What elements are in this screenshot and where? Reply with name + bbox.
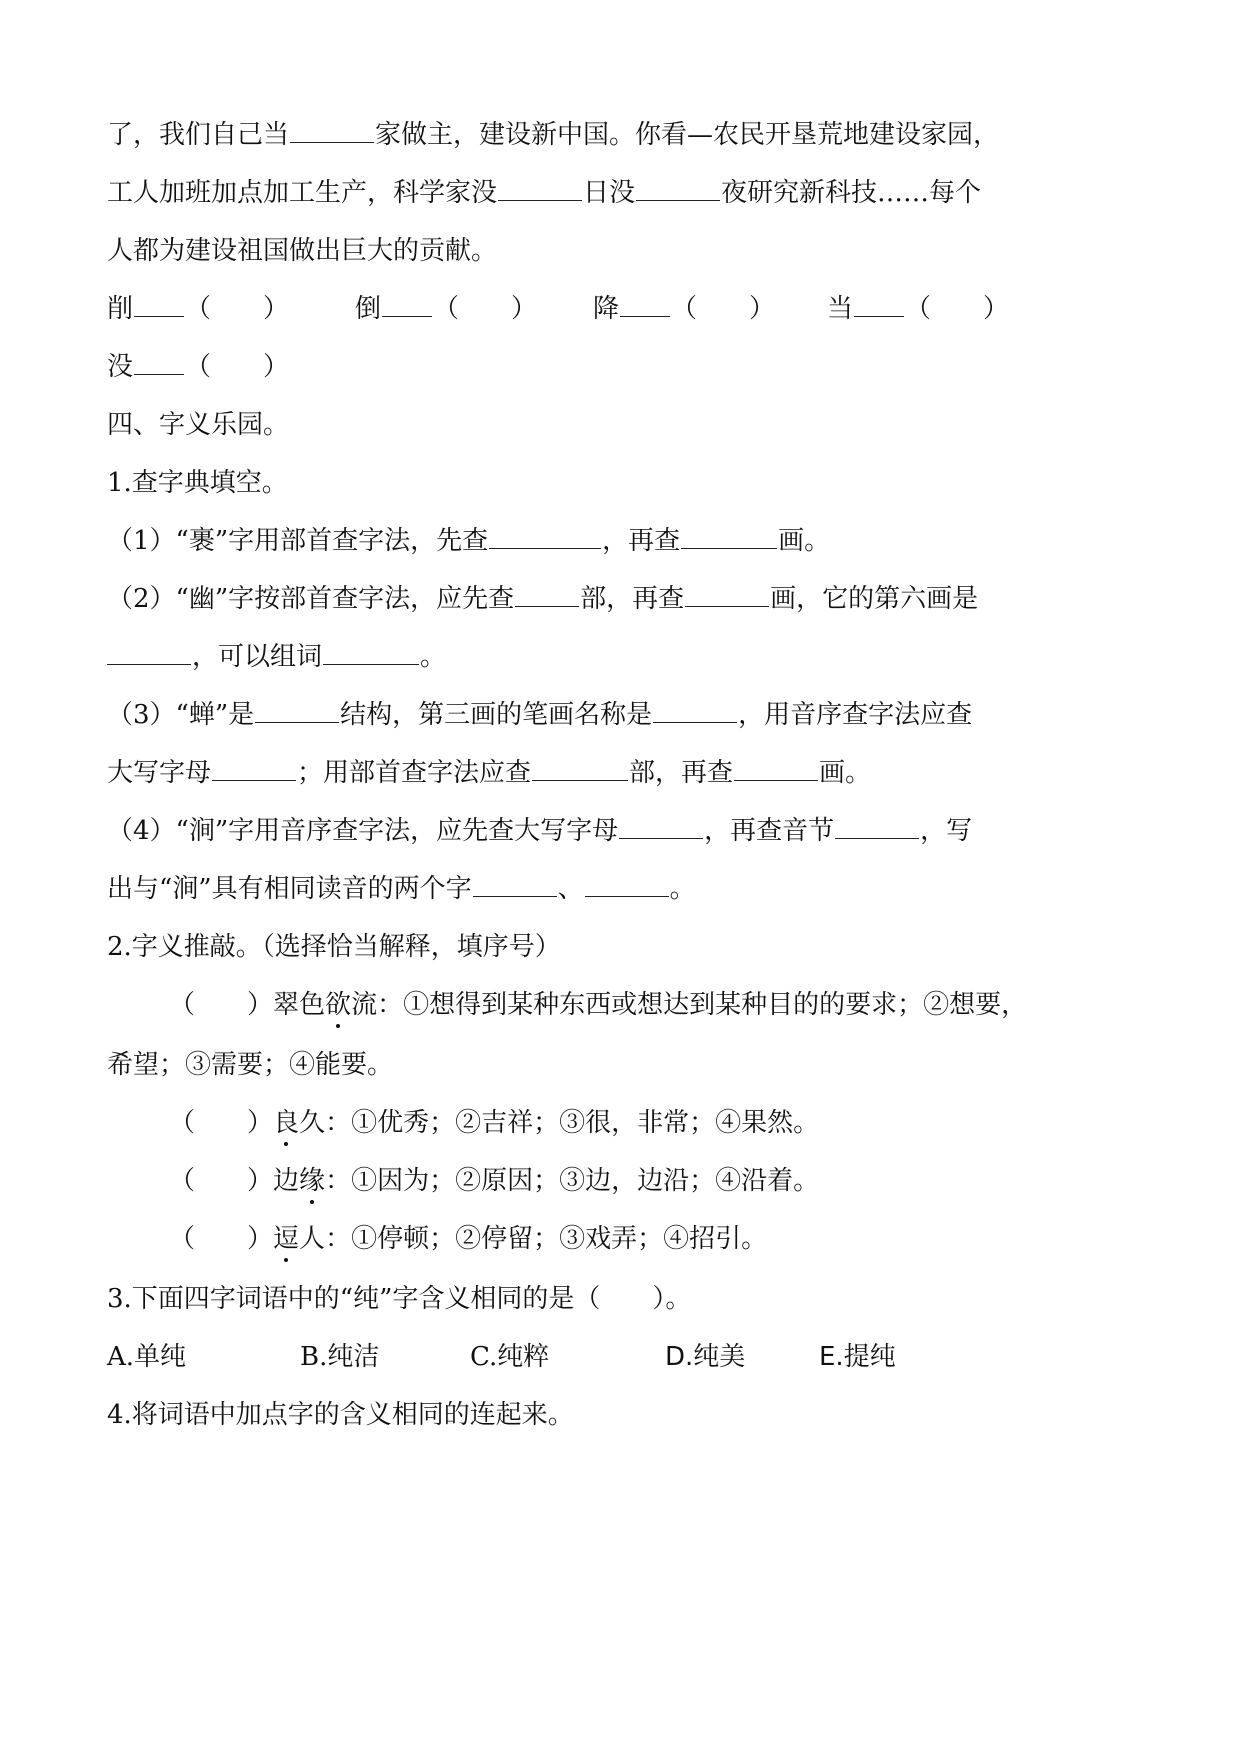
polyphone-char: 降 — [593, 294, 619, 324]
question-title: 3.下面四字词语中的“纯”字含义相同的是（ — [107, 1284, 600, 1314]
option-e[interactable]: E.提纯 — [819, 1340, 896, 1374]
paren-open: （ — [185, 352, 211, 382]
answer-blank[interactable] — [734, 756, 818, 781]
word-text: 人 — [299, 1224, 325, 1254]
text: 结构，第三画的笔画名称是 — [340, 700, 652, 730]
question-4-title: 4.将词语中加点字的含义相同的连起来。 — [107, 1398, 574, 1432]
text: 人都为建设祖国做出巨大的贡献。 — [107, 236, 497, 266]
paren-open: （ — [169, 1224, 195, 1254]
emphasized-char: 良 — [273, 1106, 299, 1140]
option-d[interactable]: D.纯美 — [665, 1340, 745, 1374]
word-text: 流 — [351, 990, 377, 1020]
section-title: 四、字义乐园。 — [107, 410, 289, 440]
polyphone-item: 当（） — [827, 292, 1009, 326]
paragraph-line-2: 工人加班加点加工生产，科学家没日没夜研究新科技……每个 — [107, 176, 981, 210]
paren-open: （ — [169, 1108, 195, 1138]
answer-blank[interactable] — [134, 350, 184, 375]
text: 出与“涧”具有相同读音的两个字 — [107, 874, 472, 904]
definitions-text: ：①想得到某种东西或想达到某种目的的要求；②想要， — [377, 990, 1027, 1020]
polyphone-item: 削（） — [107, 292, 289, 326]
polyphone-char: 削 — [107, 294, 133, 324]
option-letter: A. — [107, 1342, 134, 1372]
paren-open: （ — [169, 990, 195, 1020]
paren-close: ） — [247, 990, 273, 1020]
text: 。 — [420, 642, 446, 672]
option-word: 纯洁 — [327, 1342, 379, 1372]
text: 日没 — [583, 178, 635, 208]
question-title: 2.字义推敲。（选择恰当解释，填序号） — [107, 932, 561, 962]
text: ；用部首查字法应查 — [297, 758, 531, 788]
question-1-sub-2: （2）“幽”字按部首查字法，应先查部，再查画，它的第六画是 — [107, 582, 978, 616]
answer-blank[interactable] — [636, 176, 720, 201]
answer-blank[interactable] — [835, 814, 919, 839]
option-b[interactable]: B.纯洁 — [300, 1340, 379, 1374]
text: （1）“裹”字用部首查字法，先查 — [107, 526, 488, 556]
answer-blank[interactable] — [532, 756, 628, 781]
text: ，用音序查字法应查 — [738, 700, 972, 730]
option-letter: E. — [819, 1342, 844, 1372]
text: ，再查音节 — [704, 816, 834, 846]
text: 画。 — [778, 526, 830, 556]
option-letter: D. — [665, 1342, 693, 1372]
paren-close: ） — [247, 1166, 273, 1196]
paren-close: ） — [983, 294, 1009, 324]
paren-open: （ — [169, 1166, 195, 1196]
option-word: 纯美 — [693, 1342, 745, 1372]
question-1-title: 1.查字典填空。 — [107, 466, 288, 500]
text: 家做主，建设新中国。你看—农民开垦荒地建设家园， — [375, 120, 999, 150]
option-word: 纯粹 — [497, 1342, 549, 1372]
emphasized-char: 缘 — [299, 1164, 325, 1198]
option-letter: C. — [470, 1342, 497, 1372]
answer-blank[interactable] — [620, 292, 670, 317]
question-1-sub-4: （4）“涧”字用音序查字法，应先查大写字母，再查音节，写 — [107, 814, 972, 848]
question-2-item-2: （）良久：①优秀；②吉祥；③很，非常；④果然。 — [169, 1106, 819, 1140]
answer-blank[interactable] — [653, 698, 737, 723]
question-2-item-1-cont: 希望；③需要；④能要。 — [107, 1048, 393, 1082]
paren-close: ） — [263, 352, 289, 382]
question-1-sub-2-cont: ，可以组词。 — [107, 640, 446, 674]
paren-close: ） — [511, 294, 537, 324]
paren-open: （ — [185, 294, 211, 324]
paren-close: ） — [247, 1108, 273, 1138]
option-word: 单纯 — [134, 1342, 186, 1372]
answer-blank[interactable] — [134, 292, 184, 317]
answer-blank[interactable] — [498, 176, 582, 201]
text: 工人加班加点加工生产，科学家没 — [107, 178, 497, 208]
definitions-text: 希望；③需要；④能要。 — [107, 1050, 393, 1080]
option-a[interactable]: A.单纯 — [107, 1340, 186, 1374]
answer-blank[interactable] — [323, 640, 419, 665]
text: （3）“蝉”是 — [107, 700, 254, 730]
answer-blank[interactable] — [107, 640, 191, 665]
text: 、 — [558, 874, 584, 904]
polyphone-item: 降（） — [593, 292, 775, 326]
question-1-sub-1: （1）“裹”字用部首查字法，先查，再查画。 — [107, 524, 830, 558]
paren-close: ） — [263, 294, 289, 324]
text: 大写字母 — [107, 758, 211, 788]
question-title: 4.将词语中加点字的含义相同的连起来。 — [107, 1400, 574, 1430]
answer-blank[interactable] — [212, 756, 296, 781]
answer-blank[interactable] — [585, 872, 669, 897]
text: ，可以组词 — [192, 642, 322, 672]
paren-close: ） — [749, 294, 775, 324]
question-2-item-4: （）逗人：①停顿；②停留；③戏弄；④招引。 — [169, 1222, 767, 1256]
question-1-sub-3-cont: 大写字母；用部首查字法应查部，再查画。 — [107, 756, 871, 790]
question-title: 1.查字典填空。 — [107, 468, 288, 498]
text: 夜研究新科技……每个 — [721, 178, 981, 208]
polyphone-char: 没 — [107, 352, 133, 382]
question-2-item-1: （）翠色欲流：①想得到某种东西或想达到某种目的的要求；②想要， — [169, 988, 1027, 1022]
option-c[interactable]: C.纯粹 — [470, 1340, 549, 1374]
question-1-sub-3: （3）“蝉”是结构，第三画的笔画名称是，用音序查字法应查 — [107, 698, 972, 732]
answer-blank[interactable] — [382, 292, 432, 317]
text: ，写 — [920, 816, 972, 846]
text: 画。 — [819, 758, 871, 788]
text: 了，我们自己当 — [107, 120, 289, 150]
paren-close: ） — [247, 1224, 273, 1254]
answer-blank[interactable] — [619, 814, 703, 839]
option-letter: B. — [300, 1342, 327, 1372]
answer-blank[interactable] — [255, 698, 339, 723]
definitions-text: ：①因为；②原因；③边，边沿；④沿着。 — [325, 1166, 819, 1196]
paragraph-line-3: 人都为建设祖国做出巨大的贡献。 — [107, 234, 497, 268]
answer-blank[interactable] — [515, 582, 579, 607]
text: 部，再查 — [580, 584, 684, 614]
paren-open: （ — [433, 294, 459, 324]
text: ，再查 — [602, 526, 680, 556]
text: 画，它的第六画是 — [770, 584, 978, 614]
question-3-title: 3.下面四字词语中的“纯”字含义相同的是（）。 — [107, 1282, 691, 1316]
text: （2）“幽”字按部首查字法，应先查 — [107, 584, 514, 614]
option-word: 提纯 — [844, 1342, 896, 1372]
answer-blank[interactable] — [854, 292, 904, 317]
word-text: 边 — [273, 1166, 299, 1196]
question-2-item-3: （）边缘：①因为；②原因；③边，边沿；④沿着。 — [169, 1164, 819, 1198]
answer-blank[interactable] — [473, 872, 557, 897]
answer-blank[interactable] — [681, 524, 777, 549]
text: （4）“涧”字用音序查字法，应先查大写字母 — [107, 816, 618, 846]
answer-blank[interactable] — [685, 582, 769, 607]
paren-open: （ — [905, 294, 931, 324]
section-heading: 四、字义乐园。 — [107, 408, 289, 442]
question-1-sub-4-cont: 出与“涧”具有相同读音的两个字、。 — [107, 872, 696, 906]
emphasized-char: 逗 — [273, 1222, 299, 1256]
text: 。 — [670, 874, 696, 904]
text: 部，再查 — [629, 758, 733, 788]
word-text: 久 — [299, 1108, 325, 1138]
definitions-text: ：①优秀；②吉祥；③很，非常；④果然。 — [325, 1108, 819, 1138]
answer-blank[interactable] — [290, 118, 374, 143]
question-3-options: A.单纯 B.纯洁 C.纯粹 D.纯美 E.提纯 — [107, 1340, 1117, 1374]
question-title: ）。 — [652, 1284, 691, 1314]
polyphone-row-2: 没（） — [107, 350, 289, 384]
paren-open: （ — [671, 294, 697, 324]
definitions-text: ：①停顿；②停留；③戏弄；④招引。 — [325, 1224, 767, 1254]
answer-blank[interactable] — [489, 524, 601, 549]
word-text: 翠色 — [273, 990, 325, 1020]
question-2-title: 2.字义推敲。（选择恰当解释，填序号） — [107, 930, 561, 964]
polyphone-item: 倒（） — [355, 292, 537, 326]
emphasized-char: 欲 — [325, 988, 351, 1022]
polyphone-row: 削（） 倒（） 降（） 当（） — [107, 292, 1117, 326]
polyphone-char: 倒 — [355, 294, 381, 324]
paragraph-line-1: 了，我们自己当家做主，建设新中国。你看—农民开垦荒地建设家园， — [107, 118, 999, 152]
polyphone-char: 当 — [827, 294, 853, 324]
